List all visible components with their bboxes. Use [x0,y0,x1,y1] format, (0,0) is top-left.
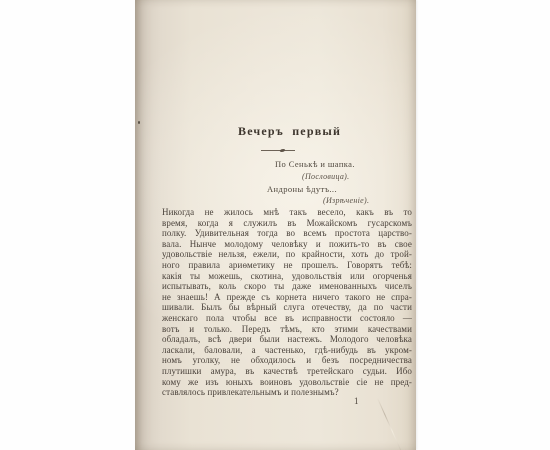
body-text-line: номъ уголку, не обходилось и безъ посред… [162,355,412,366]
body-text-line: ласкали, баловали, а частенько, гдѣ-нибу… [162,345,412,356]
epigraph-2-attribution: (Изрѣченіе). [323,196,369,205]
paper-crease [377,398,402,450]
divider-line [261,150,295,151]
body-text-line: обладалъ, всѣ двери были настежъ. Молодо… [162,334,412,345]
body-text-line: удовольствіе нельзя, ежели, по крайности… [162,249,412,260]
epigraph-2-text: Андроны ѣдутъ... [267,184,337,194]
body-text-line: вала. Нынче молодому человѣку и пожить-т… [162,239,412,250]
body-text-line: шивали. Былъ бы вѣрный слуга отечеству, … [162,302,412,313]
section-divider-ornament [261,149,295,152]
epigraph-1-attribution: (Пословица). [302,172,349,181]
page-number: 1 [354,396,359,406]
epigraph-1-text: По Сенькѣ и шапка. [275,159,355,169]
body-text-line: вотъ и только. Передъ тѣмъ, кто этими ка… [162,324,412,335]
chapter-title: Вечеръ первый [238,124,341,139]
body-text-line: плутишки амура, въ качествѣ третейскаго … [162,366,412,377]
body-text-line: не знаешь! А прежде съ корнета ничего та… [162,292,412,303]
paper-speck [138,121,140,124]
body-text-line: Никогда не жилось мнѣ такъ весело, какъ … [162,207,412,218]
body-text-line: ного правила ариѳметику не прошелъ. Гово… [162,260,412,271]
divider-diamond-icon [279,149,286,152]
body-text-line: ставлялось привлекательнымъ и полезнымъ? [162,387,412,398]
body-text-line: женскаго пола чтобы все въ исправности с… [162,313,412,324]
body-text-line: полку. Удивительная тогда во всемъ прост… [162,228,412,239]
body-text-line: какія ты можешь, скотина, удовольствія и… [162,271,412,282]
photo-background: Вечеръ первый По Сенькѣ и шапка. (Послов… [0,0,550,450]
body-text-line: время, когда я служилъ въ Можайскомъ гус… [162,218,412,229]
body-text-line: испытывать, коль скоро ты даже именованн… [162,281,412,292]
book-page: Вечеръ первый По Сенькѣ и шапка. (Послов… [135,0,416,450]
body-text-paragraph: Никогда не жилось мнѣ такъ весело, какъ … [162,207,412,398]
body-text-line: кому же изъ юныхъ воиновъ удовольствіе с… [162,377,412,388]
